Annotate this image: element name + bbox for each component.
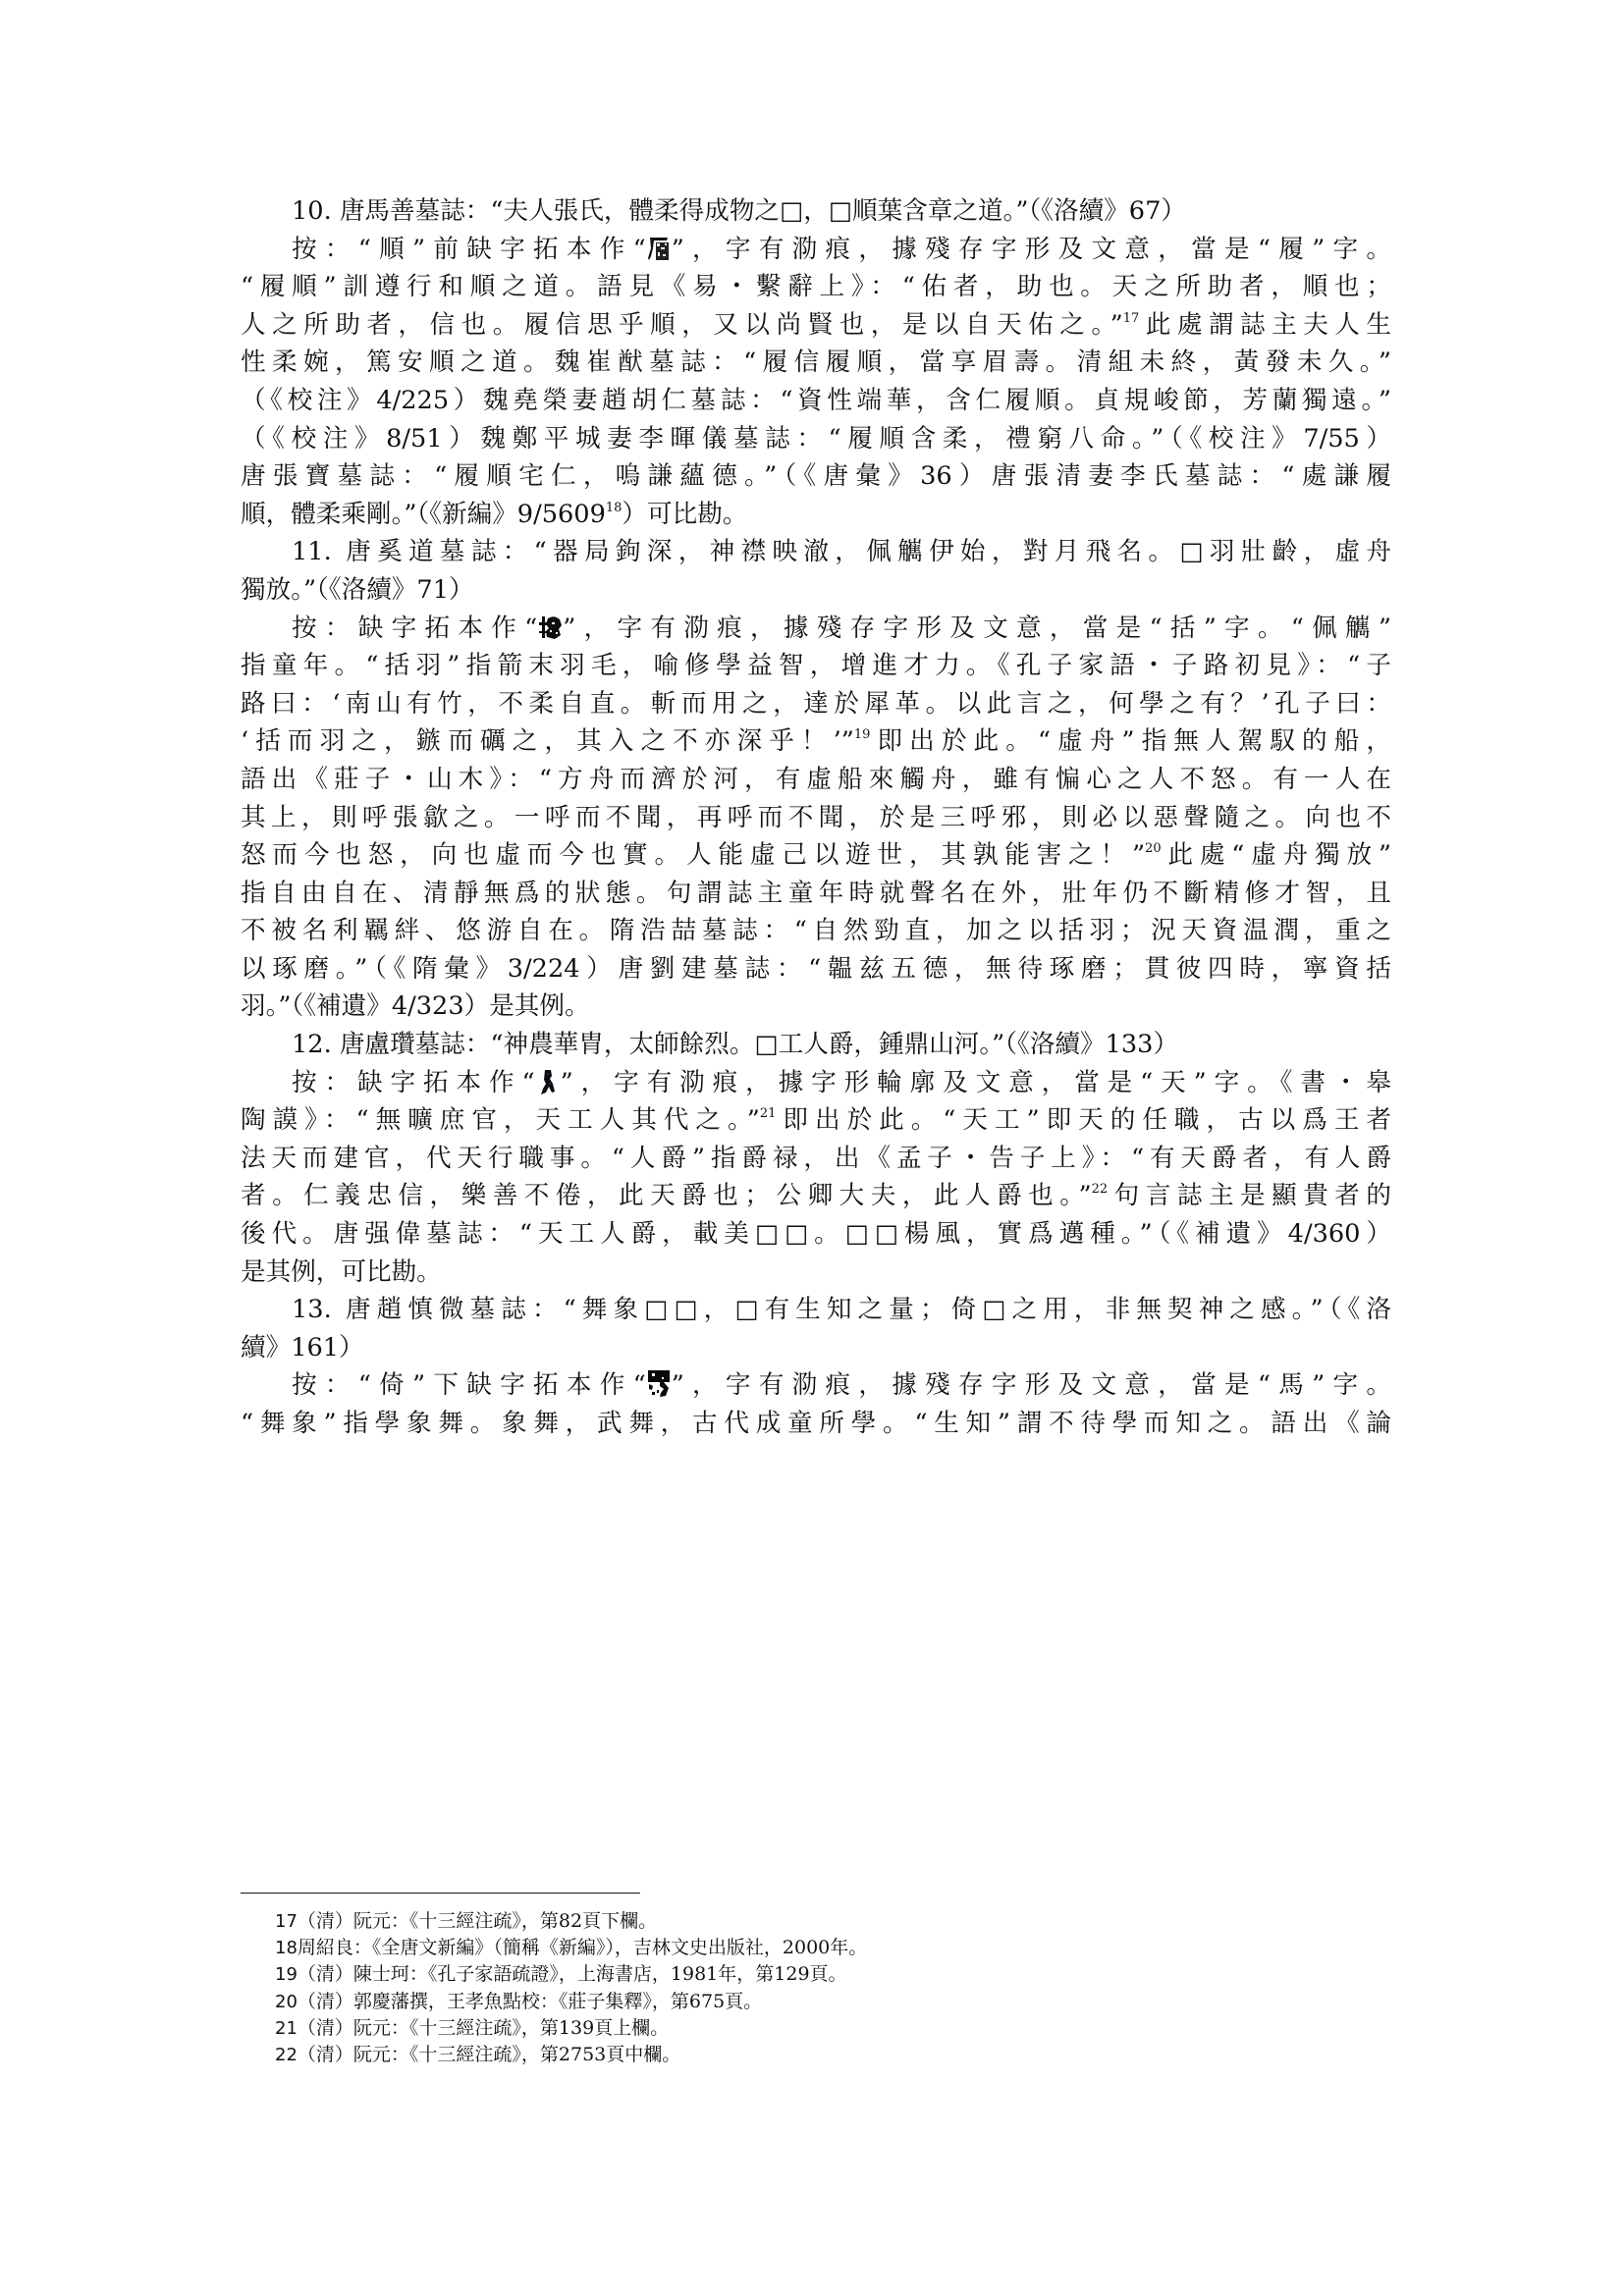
footnote-text: （清）阮元：《十三經注疏》，第2753頁中欄。 (298, 2044, 680, 2065)
footnote-separator (241, 1893, 640, 1894)
note-text: 順，體柔乘剛。”（《新編》9/5609 (241, 500, 606, 529)
footnote-number: 18 (275, 1938, 298, 1958)
note-line: 性柔婉，篤安順之道。魏崔猷墓誌：“履信履順，當享眉壽。清組未終，黃發未久。” (241, 344, 1391, 382)
note-line: 指自由自在、清靜無爲的狀態。句謂誌主童年時就聲名在外，壯年仍不斷精修才智，且 (241, 875, 1391, 913)
entry-heading-11: 11. 唐奚道墓誌：“器局鉤深，神襟映澈，佩觽伊始，對月飛名。□羽壯齡，虛舟 (241, 533, 1391, 571)
footnote-text: 周紹良：《全唐文新編》（簡稱《新編》），吉林文史出版社，2000年。 (298, 1937, 867, 1958)
note-line: 者。仁義忠信，樂善不倦，此天爵也；公卿大夫，此人爵也。”22句言誌主是顯貴者的 (241, 1177, 1391, 1215)
footnote-ref-19[interactable]: 19 (854, 727, 871, 742)
note-text: 按：缺字拓本作“ (292, 1068, 535, 1097)
note-line: 路曰：‘南山有竹，不柔自直。斬而用之，達於犀革。以此言之，何學之有？’孔子曰： (241, 685, 1391, 723)
footnote-number: 20 (275, 1992, 298, 2012)
note-line: 指童年。“括羽”指箭末羽毛，喻修學益智，增進才力。《孔子家語・子路初見》：“子 (241, 647, 1391, 685)
note-line: 羽。”（《補遺》4/323）是其例。 (241, 988, 1391, 1026)
note-line: “舞象”指學象舞。象舞，武舞，古代成童所學。“生知”謂不待學而知之。語出《論 (241, 1405, 1391, 1443)
note-text: ”，字有泐痕，據殘存字形及文意，當是“括”字。“佩觽” (563, 614, 1391, 643)
footnote-ref-18[interactable]: 18 (606, 501, 623, 515)
footnote-number: 19 (275, 1964, 298, 1985)
note-text: 即出於此。“虛舟”指無人駕馭的船， (870, 726, 1391, 756)
footnote-ref-20[interactable]: 20 (1145, 841, 1162, 856)
footnote-ref-17[interactable]: 17 (1123, 311, 1140, 326)
footnote-ref-21[interactable]: 21 (760, 1106, 777, 1121)
footnote-text: （清）阮元：《十三經注疏》，第82頁下欄。 (298, 1910, 657, 1932)
note-line: （《校注》8/51）魏鄭平城妻李暉儀墓誌：“履順含柔，禮窮八命。”（《校注》7/… (241, 420, 1391, 458)
footnote-18: 18周紹良：《全唐文新編》（簡稱《新編》），吉林文史出版社，2000年。 (275, 1935, 867, 1961)
footnote-number: 21 (275, 2018, 298, 2039)
note-text: 怒而今也怒，向也虛而今也實。人能虛己以遊世，其孰能害之！” (241, 840, 1145, 870)
note-line: 法天而建官，代天行職事。“人爵”指爵禄，出《孟子・告子上》：“有天爵者，有人爵 (241, 1140, 1391, 1178)
note-text: 按：“順”前缺字拓本作“ (292, 235, 646, 264)
note-line: 按：“順”前缺字拓本作“”，字有泐痕，據殘存字形及文意，當是“履”字。 (241, 231, 1391, 269)
footnote-19: 19（清）陳士珂：《孔子家語疏證》，上海書店，1981年，第129頁。 (275, 1961, 867, 1988)
entry-heading-13: 13. 唐趙慎微墓誌：“舞象□□，□有生知之量；倚□之用，非無契神之感。”（《洛 (241, 1291, 1391, 1329)
note-line: 按：缺字拓本作“”，字有泐痕，據字形輪廓及文意，當是“天”字。《書・皋 (241, 1064, 1391, 1102)
note-line: 唐張寶墓誌：“履順宅仁，嗚謙蘊德。”（《唐彙》36）唐張清妻李氏墓誌：“處謙履 (241, 457, 1391, 496)
footnote-number: 17 (275, 1911, 298, 1932)
footnote-text: （清）郭慶藩撰，王孝魚點校：《莊子集釋》，第675頁。 (298, 1991, 762, 2012)
note-line: ‘括而羽之，鏃而礪之，其入之不亦深乎！’”19即出於此。“虛舟”指無人駕馭的船， (241, 722, 1391, 761)
note-text: 陶謨》：“無曠庶官，天工人其代之。” (241, 1105, 760, 1135)
footnote-text: （清）阮元：《十三經注疏》，第139頁上欄。 (298, 2017, 669, 2039)
footnote-22: 22（清）阮元：《十三經注疏》，第2753頁中欄。 (275, 2042, 867, 2068)
note-text: 此處“虛舟獨放” (1162, 840, 1391, 870)
note-line: （《校注》4/225）魏堯榮妻趙胡仁墓誌：“資性端華，含仁履順。貞規峻節，芳蘭獨… (241, 382, 1391, 420)
rubbing-glyph-icon (646, 235, 672, 262)
note-text: 按：缺字拓本作“ (292, 614, 537, 643)
document-body: 10. 唐馬善墓誌：“夫人張氏，體柔得成物之□，□順葉含章之道。”（《洛續》67… (241, 192, 1391, 1443)
note-line: 陶謨》：“無曠庶官，天工人其代之。”21即出於此。“天工”即天的任職，古以爲王者 (241, 1101, 1391, 1140)
note-line: 其上，則呼張歙之。一呼而不聞，再呼而不聞，於是三呼邪，則必以惡聲隨之。向也不 (241, 799, 1391, 837)
note-text: ”，字有泐痕，據殘存字形及文意，當是“履”字。 (672, 235, 1391, 264)
note-line: 按：“倚”下缺字拓本作“”，字有泐痕，據殘存字形及文意，當是“馬”字。 (241, 1366, 1391, 1405)
footnote-20: 20（清）郭慶藩撰，王孝魚點校：《莊子集釋》，第675頁。 (275, 1989, 867, 2015)
note-line: “履順”訓遵行和順之道。語見《易・繫辭上》：“佑者，助也。天之所助者，順也； (241, 268, 1391, 306)
note-text: ）可比勘。 (622, 500, 747, 529)
note-text: 者。仁義忠信，樂善不倦，此天爵也；公卿大夫，此人爵也。” (241, 1181, 1092, 1210)
entry-heading-10: 10. 唐馬善墓誌：“夫人張氏，體柔得成物之□，□順葉含章之道。”（《洛續》67… (241, 192, 1391, 231)
note-line: 人之所助者，信也。履信思乎順，又以尚賢也，是以自天佑之。”17此處謂誌主夫人生 (241, 306, 1391, 345)
rubbing-glyph-icon (646, 1370, 672, 1398)
entry-heading-11-cont: 獨放。”（《洛續》71） (241, 571, 1391, 610)
note-line: 怒而今也怒，向也虛而今也實。人能虛己以遊世，其孰能害之！”20此處“虛舟獨放” (241, 836, 1391, 875)
note-text: 即出於此。“天工”即天的任職，古以爲王者 (776, 1105, 1391, 1135)
entry-heading-12: 12. 唐盧瓚墓誌：“神農華胄，太師餘烈。□工人爵，鍾鼎山河。”（《洛續》133… (241, 1026, 1391, 1064)
note-line: 不被名利羈絆、悠游自在。隋浩喆墓誌：“自然勁直，加之以括羽；況天資温潤，重之 (241, 912, 1391, 950)
rubbing-glyph-icon (535, 1068, 561, 1095)
footnotes: 17（清）阮元：《十三經注疏》，第82頁下欄。 18周紹良：《全唐文新編》（簡稱… (275, 1908, 867, 2068)
footnote-text: （清）陳士珂：《孔子家語疏證》，上海書店，1981年，第129頁。 (298, 1963, 847, 1985)
note-line: 順，體柔乘剛。”（《新編》9/560918）可比勘。 (241, 496, 1391, 534)
footnote-21: 21（清）阮元：《十三經注疏》，第139頁上欄。 (275, 2015, 867, 2042)
footnote-17: 17（清）阮元：《十三經注疏》，第82頁下欄。 (275, 1908, 867, 1935)
rubbing-glyph-icon (537, 614, 563, 641)
note-text: ‘括而羽之，鏃而礪之，其入之不亦深乎！’” (241, 726, 854, 756)
note-line: 是其例，可比勘。 (241, 1254, 1391, 1292)
note-line: 按：缺字拓本作“”，字有泐痕，據殘存字形及文意，當是“括”字。“佩觽” (241, 610, 1391, 648)
note-text: 按：“倚”下缺字拓本作“ (292, 1370, 646, 1400)
note-line: 語出《莊子・山木》：“方舟而濟於河，有虛船來觸舟，雖有惼心之人不怒。有一人在 (241, 761, 1391, 799)
note-line: 後代。唐强偉墓誌：“天工人爵，載美□□。□□楊風，實爲邁種。”（《補遺》4/36… (241, 1215, 1391, 1254)
note-text: ”，字有泐痕，據字形輪廓及文意，當是“天”字。《書・皋 (561, 1068, 1391, 1097)
note-text: 人之所助者，信也。履信思乎順，又以尚賢也，是以自天佑之。” (241, 310, 1123, 340)
note-text: ”，字有泐痕，據殘存字形及文意，當是“馬”字。 (672, 1370, 1391, 1400)
entry-heading-13-cont: 續》161） (241, 1329, 1391, 1367)
footnote-ref-22[interactable]: 22 (1092, 1182, 1109, 1197)
note-text: 句言誌主是顯貴者的 (1108, 1181, 1391, 1210)
note-line: 以琢磨。”（《隋彙》3/224）唐劉建墓誌：“韞兹五德，無待琢磨；貫彼四時，寧資… (241, 950, 1391, 988)
footnote-number: 22 (275, 2045, 298, 2065)
note-text: 此處謂誌主夫人生 (1139, 310, 1391, 340)
